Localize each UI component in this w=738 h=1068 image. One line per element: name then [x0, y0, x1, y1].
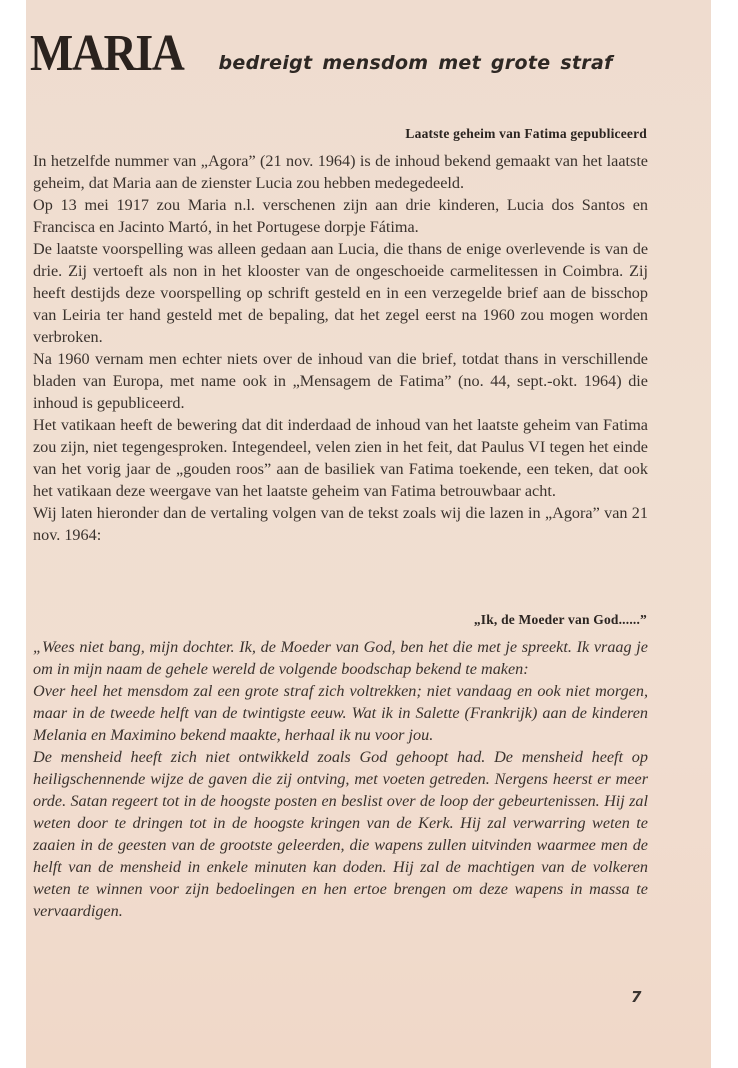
article-body: In hetzelfde nummer van „Agora” (21 nov.… [33, 150, 648, 546]
quote-paragraph: De mensheid heeft zich niet ontwikkeld z… [33, 746, 648, 922]
quote-body: „Wees niet bang, mijn dochter. Ik, de Mo… [33, 636, 648, 922]
paragraph: In hetzelfde nummer van „Agora” (21 nov.… [33, 150, 648, 194]
paragraph: Na 1960 vernam men echter niets over de … [33, 348, 648, 414]
paragraph: Het vatikaan heeft de bewering dat dit i… [33, 414, 648, 502]
page-number: 7 [631, 988, 641, 1006]
article-title: MARIA [30, 28, 184, 80]
article-subheading: Laatste geheim van Fatima gepubliceerd [405, 126, 647, 142]
article-subtitle: bedreigt mensdom met grote straf [218, 52, 612, 74]
article-header: MARIA bedreigt mensdom met grote straf [30, 28, 613, 80]
paragraph: De laatste voorspelling was alleen gedaa… [33, 238, 648, 348]
quote-section-heading: „Ik, de Moeder van God......” [474, 612, 647, 628]
quote-paragraph: Over heel het mensdom zal een grote stra… [33, 680, 648, 746]
quote-paragraph: „Wees niet bang, mijn dochter. Ik, de Mo… [33, 636, 648, 680]
paragraph: Op 13 mei 1917 zou Maria n.l. verschenen… [33, 194, 648, 238]
paragraph: Wij laten hieronder dan de vertaling vol… [33, 502, 648, 546]
document-page: MARIA bedreigt mensdom met grote straf L… [26, 0, 711, 1068]
